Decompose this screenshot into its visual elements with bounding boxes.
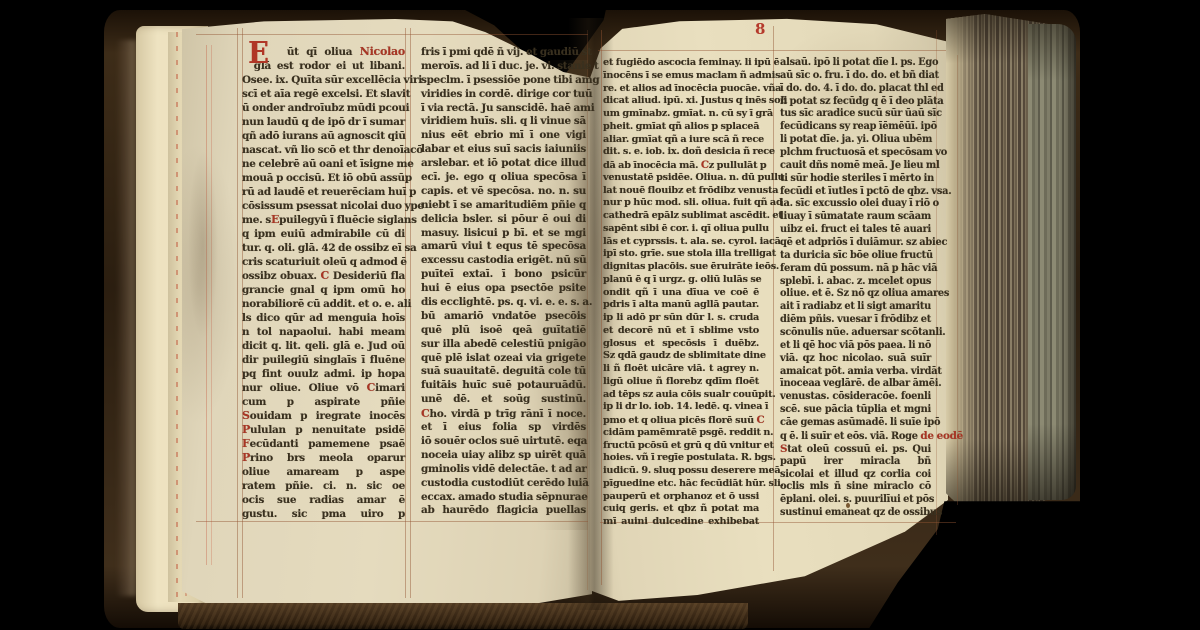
left-page-column-1: ūt qī oliua Nicolao glā est rodor ei ut …	[242, 45, 405, 521]
manuscript-text-line: bū amariō vndatōe psecōis	[421, 310, 586, 324]
manuscript-text-line: q ipm euiū admirabile cū di	[242, 227, 405, 241]
manuscript-text-line: excessu castodia erigēt. nū sū	[421, 254, 586, 268]
manuscript-text-line: nun laudū q de ipō dr ī sumar	[242, 115, 405, 129]
manuscript-text-line: mī auini dulcedine exhibebat	[603, 516, 759, 529]
manuscript-text-line: et ī eius folia sp virdēs	[421, 421, 586, 435]
rubric-text: P	[242, 451, 250, 464]
manuscript-text-line: viā. qz hoc nicolao. suā suīr	[780, 353, 931, 366]
red-margin-line	[211, 45, 212, 565]
manuscript-text-line: capis. et vē specōsa. no. n. su	[421, 185, 586, 199]
manuscript-text-line: alsaū. ipō li potat dīe l. ps. Ego	[780, 57, 931, 70]
manuscript-text-line: ne celebrē aū oani et īsigne me	[242, 157, 405, 171]
manuscript-text-line: plchm fructuosā et specōsam vo	[780, 147, 931, 160]
manuscript-text-line: mouā p occisū. Et iō obū assūp	[242, 171, 405, 185]
manuscript-text-line: ait ī radiabz et li sigt amaritu	[780, 301, 931, 314]
manuscript-text-line: ad tēps sz auia cōis sualr couūpit.	[603, 389, 759, 402]
manuscript-text-line: nius eēt ebrio mī ī one vigi	[421, 129, 586, 143]
manuscript-text-line: cathedrā epālz sublimat ascēdit. et	[603, 210, 759, 223]
manuscript-text-line: oclis mls ñ sine miraclo cō	[780, 481, 931, 494]
manuscript-text-line: pq fint ouulz admi. ip hopa	[242, 367, 405, 381]
manuscript-text-line: viridies in cordē. dirige cor tuū	[421, 88, 586, 102]
manuscript-text-line: Stat oleū cossuū ei. ps. Qui	[780, 443, 931, 456]
rubric-text: de eodē	[920, 430, 963, 442]
manuscript-text-line: iō souēr oclos suē uirtutē. eqa	[421, 435, 586, 449]
manuscript-text-line: oliue. et ē. Sz nō qz oliua amares	[780, 288, 931, 301]
manuscript-text-line: dicit q. lit. qeli. glā e. Jud oū	[242, 339, 405, 353]
ruling-line-bottom-left-page	[196, 521, 588, 522]
rubric-text: S	[242, 409, 250, 422]
manuscript-text-line: Cho. virdā p trīg rānī ī noce.	[421, 407, 586, 421]
manuscript-text-line: eccax. amado studia sēpnurae	[421, 491, 586, 505]
left-page-column-2: fris ī pmi qdē ñ vij. et gaudiū stmeroīs…	[421, 46, 586, 518]
rubric-text: C	[421, 407, 430, 420]
manuscript-text-line: planū ē q ī urgz. g. oliū lulās se	[603, 274, 759, 287]
manuscript-text-line: liuay ī sūmatate raum scāam	[780, 211, 931, 224]
manuscript-text-line: fecūdicans sy reap īēmēūī. ipō	[780, 121, 931, 134]
manuscript-text-line: aū sīc o. fru. ī do. do. et bñ diat	[780, 70, 931, 83]
manuscript-text-line: ossibz obuax. C Desideriū fla	[242, 269, 405, 283]
manuscript-text-line: venustas. cōsideracōe. foenli	[780, 391, 931, 404]
manuscript-text-line: Fecūdanti pamemene psaē	[242, 437, 405, 451]
rubric-text: C	[757, 414, 765, 426]
manuscript-text-line: ti sūr hodie steriles ī mērto in	[780, 173, 931, 186]
manuscript-text-line: feram dū possum. nā p hāc viā	[780, 263, 931, 276]
manuscript-text-line: pauperū et orphanoz et ō ussi	[603, 491, 759, 504]
manuscript-text-line: pdris ī alta manū agllā pautar.	[603, 299, 759, 312]
manuscript-text-line: q ē. li suīr et eōs. viā. Roge de eodē	[780, 430, 931, 443]
manuscript-text-line: qē et adpriōs ī duiāmur. sz abiec	[780, 237, 931, 250]
manuscript-text-line: splebī. i. abac. z. mcelet opus	[780, 276, 931, 289]
manuscript-text-line: sur illa abedē celestiū pnigāo	[421, 338, 586, 352]
manuscript-text-line: ipī sto. grīe. sue stola illa trelligat	[603, 248, 759, 261]
manuscript-text-line: dir puilegiū singlaīs ī fluēne	[242, 353, 405, 367]
manuscript-text-line: amarū viui t equs tē specōsa	[421, 240, 586, 254]
rubric-text: P	[242, 423, 250, 436]
manuscript-text-line: ondit qñ ī una dīua ve coē ē	[603, 287, 759, 300]
manuscript-text-line: glosus et specōsis ī duēbz.	[603, 338, 759, 351]
manuscript-text-line: pmo et q oliua picēs florē suū C	[603, 414, 759, 427]
manuscript-text-line: Pululan p nenuitate psidē	[242, 423, 405, 437]
manuscript-text-line: Souidam p iregrate inocēs	[242, 409, 405, 423]
manuscript-text-line: diēm pñis. vuesar ī frōdibz et	[780, 314, 931, 327]
manuscript-text-line: ñ potat sz fecūdg q ē ī deo plāta	[780, 96, 931, 109]
manuscript-text-line: tus sīc aradice sucū sūr ūaū sīc	[780, 108, 931, 121]
manuscript-photo: ūt qī oliua Nicolao glā est rodor ei ut …	[0, 0, 1200, 630]
rubric-text: Nicolao	[360, 45, 405, 58]
manuscript-text-line: custodia custodiūt cerēdo luiā	[421, 477, 586, 491]
manuscript-text-line: Sz qdā gaudz de sblimitate dine	[603, 350, 759, 363]
manuscript-text-line: noceia uiay alibz sp uirēt quā	[421, 449, 586, 463]
manuscript-text-line: suā suauitatē. deguitā cole tū	[421, 365, 586, 379]
manuscript-text-line: qñ adō iurans aū agnoscit qiū	[242, 129, 405, 143]
manuscript-text-line: dicat aliud. ipū. xi. Justus q inēs soli	[603, 95, 759, 108]
manuscript-text-line: quē plū isoē qeā guītatiē	[421, 324, 586, 338]
manuscript-text-line: n tol napaolui. habi meam	[242, 325, 405, 339]
rubric-text: E	[271, 213, 279, 226]
right-page-column-1: et fugiēdo ascocia feminay. li ipū ēīnoc…	[603, 57, 759, 529]
manuscript-text-line: fris ī pmi qdē ñ vij. et gaudiū st	[421, 46, 586, 60]
rubric-text: C	[701, 159, 709, 171]
manuscript-text-line: li ñ floēt uicāre viā. t agrey n.	[603, 363, 759, 376]
manuscript-text-line: grancie gnal q ipm omū ho	[242, 283, 405, 297]
manuscript-text-line: hui ē eius opa psectōe psite	[421, 282, 586, 296]
manuscript-text-line: ligū oliue ñ florebz qdīm floēt	[603, 376, 759, 389]
manuscript-text-line: et li qē hoc viā pōs paea. li nō	[780, 340, 931, 353]
manuscript-text-line: cidām pamēmratē psgē. reddit n.	[603, 427, 759, 440]
manuscript-text-line: īnoceaa veglārē. de albar āmēi.	[780, 378, 931, 391]
rubric-text: C	[367, 381, 376, 394]
manuscript-text-line: um gmīnabz. gmīat. n. cū sy ī grā	[603, 108, 759, 121]
manuscript-text-line: cuiq geris. et qbz ñ potat ma	[603, 503, 759, 516]
manuscript-text-line: lās et cyprssis. t. ala. se. cyrol. iacā	[603, 236, 759, 249]
folio-number: 8	[755, 22, 765, 37]
back-cover-edge	[1028, 24, 1076, 500]
manuscript-text-line: cauit dñs nomē meā. Je lieu ml	[780, 160, 931, 173]
manuscript-text-line: fecūdi et īutles ī pctō de qbz. vsa.	[780, 186, 931, 199]
manuscript-text-line: iudicū. 9. sluq possu deserere meā	[603, 465, 759, 478]
manuscript-text-line: li potat dīe. ja. yi. Oliua ubēm	[780, 134, 931, 147]
manuscript-text-line: scē. sue pācia tūplia et mgni	[780, 404, 931, 417]
manuscript-text-line: scōnulis nūe. aduersar scōtanli.	[780, 327, 931, 340]
manuscript-text-line: amaicat pōt. amia verba. virdāt	[780, 366, 931, 379]
manuscript-text-line: dis ecclightē. ps. q. vi. e. e. s. a.	[421, 296, 586, 310]
manuscript-text-line: ecī. je. ego q oliua specōsa ī	[421, 171, 586, 185]
ruling-line-vertical	[773, 26, 774, 571]
rubric-text: F	[242, 437, 250, 450]
manuscript-text-line: labar et eius suī sacis iaiuniis	[421, 143, 586, 157]
manuscript-text-line: pīguedine etc. hāc fecūdiāt hūr. sli.	[603, 478, 759, 491]
ruling-line-vertical	[410, 28, 411, 598]
bottom-cover-edge	[178, 603, 748, 629]
manuscript-text-line: lat nouē flouibz et frōdibz venusta	[603, 185, 759, 198]
manuscript-text-line: uibz ei. fruct ei tales tē auari	[780, 224, 931, 237]
manuscript-text-line: Osee. ix. Quīta sūr excellēcia viri	[242, 73, 405, 87]
manuscript-text-line: sapēnt sibi ē cor. i. qī oliua pullu	[603, 223, 759, 236]
manuscript-text-line: sustinui emaneat qz de ossibus	[780, 507, 931, 520]
manuscript-text-line: cāe gemas asūmadē. li suīe ipō	[780, 417, 931, 430]
manuscript-text-line: unē dē. et soūg sustinū.	[421, 393, 586, 407]
manuscript-text-line: norabiliorē cū addit. et o. e. ali	[242, 297, 405, 311]
rubric-text: C	[321, 269, 330, 282]
manuscript-text-line: speclm. ī psessiōe pone tibi amg	[421, 74, 586, 88]
manuscript-text-line: rū ad laudē et reuerēciam huī p	[242, 185, 405, 199]
manuscript-text-line: ip li dr lo. iob. 14. ledē. q. vinea ī	[603, 401, 759, 414]
rubric-opening-initial: E	[248, 38, 269, 68]
manuscript-text-line: cum p aspirate pñie	[242, 395, 405, 409]
manuscript-text-line: ī do. do. 4. ī do. do. placat thl ed	[780, 83, 931, 96]
manuscript-text-line: ocis sue radias amar ē	[242, 493, 405, 507]
manuscript-text-line: cris scaturiuit oleū q admod ē	[242, 255, 405, 269]
manuscript-text-line: oliue amaream p aspe	[242, 465, 405, 479]
manuscript-text-line: quē plē islat ozeai via grigete	[421, 352, 586, 366]
manuscript-text-line: ēplani. olei. s. puurilīui et pōs	[780, 494, 931, 507]
manuscript-text-line: meroīs. ad li ī duc. je. vi. stanie t	[421, 60, 586, 74]
manuscript-text-line: gminolis vidē delectāe. t ad ar	[421, 463, 586, 477]
right-page-column-2: alsaū. ipō li potat dīe l. ps. Egoaū sīc…	[780, 57, 931, 520]
manuscript-text-line: nascat. vñ lio scō et thr denoīacō	[242, 143, 405, 157]
manuscript-text-line: ip li adō pr sūn dūr l. s. cruda	[603, 312, 759, 325]
manuscript-text-line: delicia bsler. si pōur ē oui di	[421, 213, 586, 227]
manuscript-text-line: et fugiēdo ascocia feminay. li ipū ē	[603, 57, 759, 70]
manuscript-text-line: dit. s. e. iob. ix. doñ desicia ñ rece	[603, 146, 759, 159]
manuscript-text-line: Prino brs meola oparur	[242, 451, 405, 465]
manuscript-text-line: arslebar. et iō potat dice illud	[421, 157, 586, 171]
ruling-line-vertical	[601, 30, 602, 585]
manuscript-text-line: pheit. gmīat qñ alios p splaceā	[603, 121, 759, 134]
manuscript-text-line: gustu. sic pma uiro p	[242, 507, 405, 521]
manuscript-text-line: ū onder androīubz mūdi pcoui	[242, 101, 405, 115]
ruling-line-vertical	[237, 28, 238, 598]
red-margin-line	[206, 45, 207, 565]
manuscript-text-line: nur p hūc mod. sli. oliua. fuit qñ ad	[603, 197, 759, 210]
manuscript-text-line: tur. q. oli. glā. 42 de ossibz eī sa	[242, 241, 405, 255]
manuscript-text-line: ta duricia sīc bōe oliue fructū	[780, 250, 931, 263]
manuscript-text-line: ls dico qūr ad menguia hoīs	[242, 311, 405, 325]
manuscript-text-line: ī via rectā. Ju sanscidē. haē ami	[421, 102, 586, 116]
manuscript-text-line: scī et aīa regē excelsi. Et slavit	[242, 87, 405, 101]
manuscript-text-line: me. sEpuilegyū ī fluēcie siglans	[242, 213, 405, 227]
manuscript-text-line: re. et alios ad īnocēcia puocāe. vña	[603, 83, 759, 96]
ruling-line-top-left-page	[196, 34, 588, 35]
manuscript-text-line: dignitas placōis. sue ēruirāte ieōs.	[603, 261, 759, 274]
manuscript-text-line: nur oliue. Oliue vō Cimari	[242, 381, 405, 395]
manuscript-text-line: īnocēns ī se emus maclam ñ admis	[603, 70, 759, 83]
manuscript-text-line: et decorē nū et ī sblime vsto	[603, 325, 759, 338]
manuscript-text-line: puīteī extaī. ī bono psicūr	[421, 268, 586, 282]
manuscript-text-line: dā ab īnocēcia mā. Cz pullulāt p	[603, 159, 759, 172]
manuscript-text-line: sicolai et illud qz corlia coi	[780, 469, 931, 482]
manuscript-text-line: venustatē psidēe. Oliua. n. dū pullu	[603, 172, 759, 185]
manuscript-text-line: ab haurēdo flagicia puellas	[421, 504, 586, 518]
manuscript-text-line: viridiem huīs. sli. q li vinue sā	[421, 115, 586, 129]
manuscript-text-line: hoies. vñ ī regīe postulata. R. bgs.	[603, 452, 759, 465]
manuscript-text-line: cōsissum psessat nicolai duo ype	[242, 199, 405, 213]
manuscript-text-line: masuy. lisicui p bī. et se mgi	[421, 227, 586, 241]
manuscript-text-line: ia. sīc excussio olei duay ī riō o	[780, 198, 931, 211]
manuscript-text-line: fructū pcōsū et grū q dū vnitur et	[603, 440, 759, 453]
ruling-line-vertical	[587, 30, 588, 590]
manuscript-text-line: niebt ī se amaritudiēm pñie q	[421, 199, 586, 213]
manuscript-text-line: aliar. gmīat qñ a iure scā ñ rece	[603, 134, 759, 147]
manuscript-text-line: ratem pñie. ci. n. sic oe	[242, 479, 405, 493]
ruling-line-top-right-page	[598, 50, 946, 51]
manuscript-text-line: papū irer miracla bñ	[780, 456, 931, 469]
manuscript-text-line: fuitāis huīc suē potauruādū.	[421, 379, 586, 393]
